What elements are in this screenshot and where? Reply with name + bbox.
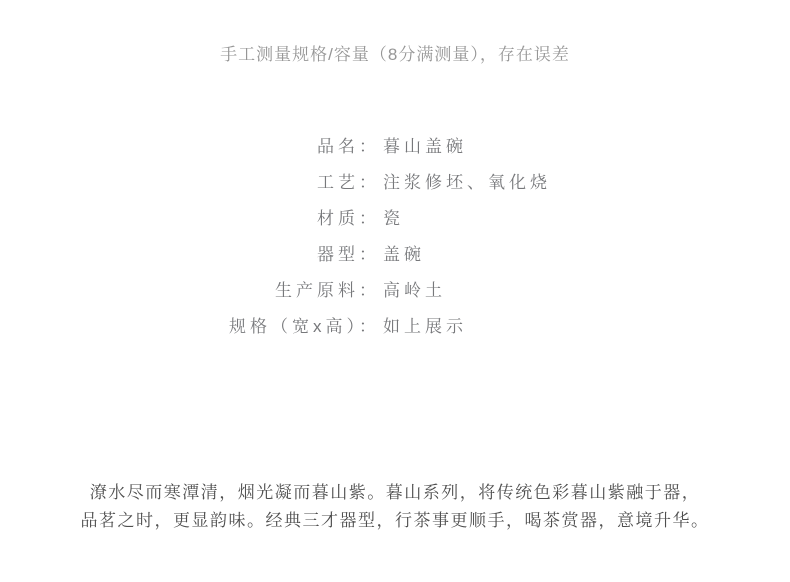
- spec-row-vessel-type: 器型： 盖碗: [0, 237, 790, 273]
- spec-value: 高岭土: [383, 273, 790, 309]
- spec-label: 器型：: [0, 237, 380, 273]
- spec-row-material: 材质： 瓷: [0, 201, 790, 237]
- description-line: 品茗之时，更显韵味。经典三才器型，行茶事更顺手，喝茶赏器，意境升华。: [0, 507, 790, 535]
- spec-value: 暮山盖碗: [383, 129, 790, 165]
- product-description: 潦水尽而寒潭清，烟光凝而暮山紫。暮山系列，将传统色彩暮山紫融于器， 品茗之时，更…: [0, 479, 790, 535]
- spec-value: 盖碗: [383, 237, 790, 273]
- spec-label: 规格（宽x高）：: [0, 309, 380, 345]
- description-line: 潦水尽而寒潭清，烟光凝而暮山紫。暮山系列，将传统色彩暮山紫融于器，: [0, 479, 790, 507]
- spec-value: 注浆修坯、氧化烧: [383, 165, 790, 201]
- spec-value: 瓷: [383, 201, 790, 237]
- spec-row-raw-material: 生产原料： 高岭土: [0, 273, 790, 309]
- spec-row-product-name: 品名： 暮山盖碗: [0, 129, 790, 165]
- spec-label: 生产原料：: [0, 273, 380, 309]
- spec-row-dimensions: 规格（宽x高）： 如上展示: [0, 309, 790, 345]
- spec-label: 品名：: [0, 129, 380, 165]
- spec-label: 工艺：: [0, 165, 380, 201]
- spec-list: 品名： 暮山盖碗 工艺： 注浆修坯、氧化烧 材质： 瓷 器型： 盖碗 生产原料：…: [0, 129, 790, 345]
- spec-label: 材质：: [0, 201, 380, 237]
- spec-value: 如上展示: [383, 309, 790, 345]
- spec-row-craft: 工艺： 注浆修坯、氧化烧: [0, 165, 790, 201]
- measurement-disclaimer-text: 手工测量规格/容量（8分满测量），存在误差: [0, 0, 790, 64]
- product-detail-section: 手工测量规格/容量（8分满测量），存在误差 品名： 暮山盖碗 工艺： 注浆修坯、…: [0, 0, 790, 582]
